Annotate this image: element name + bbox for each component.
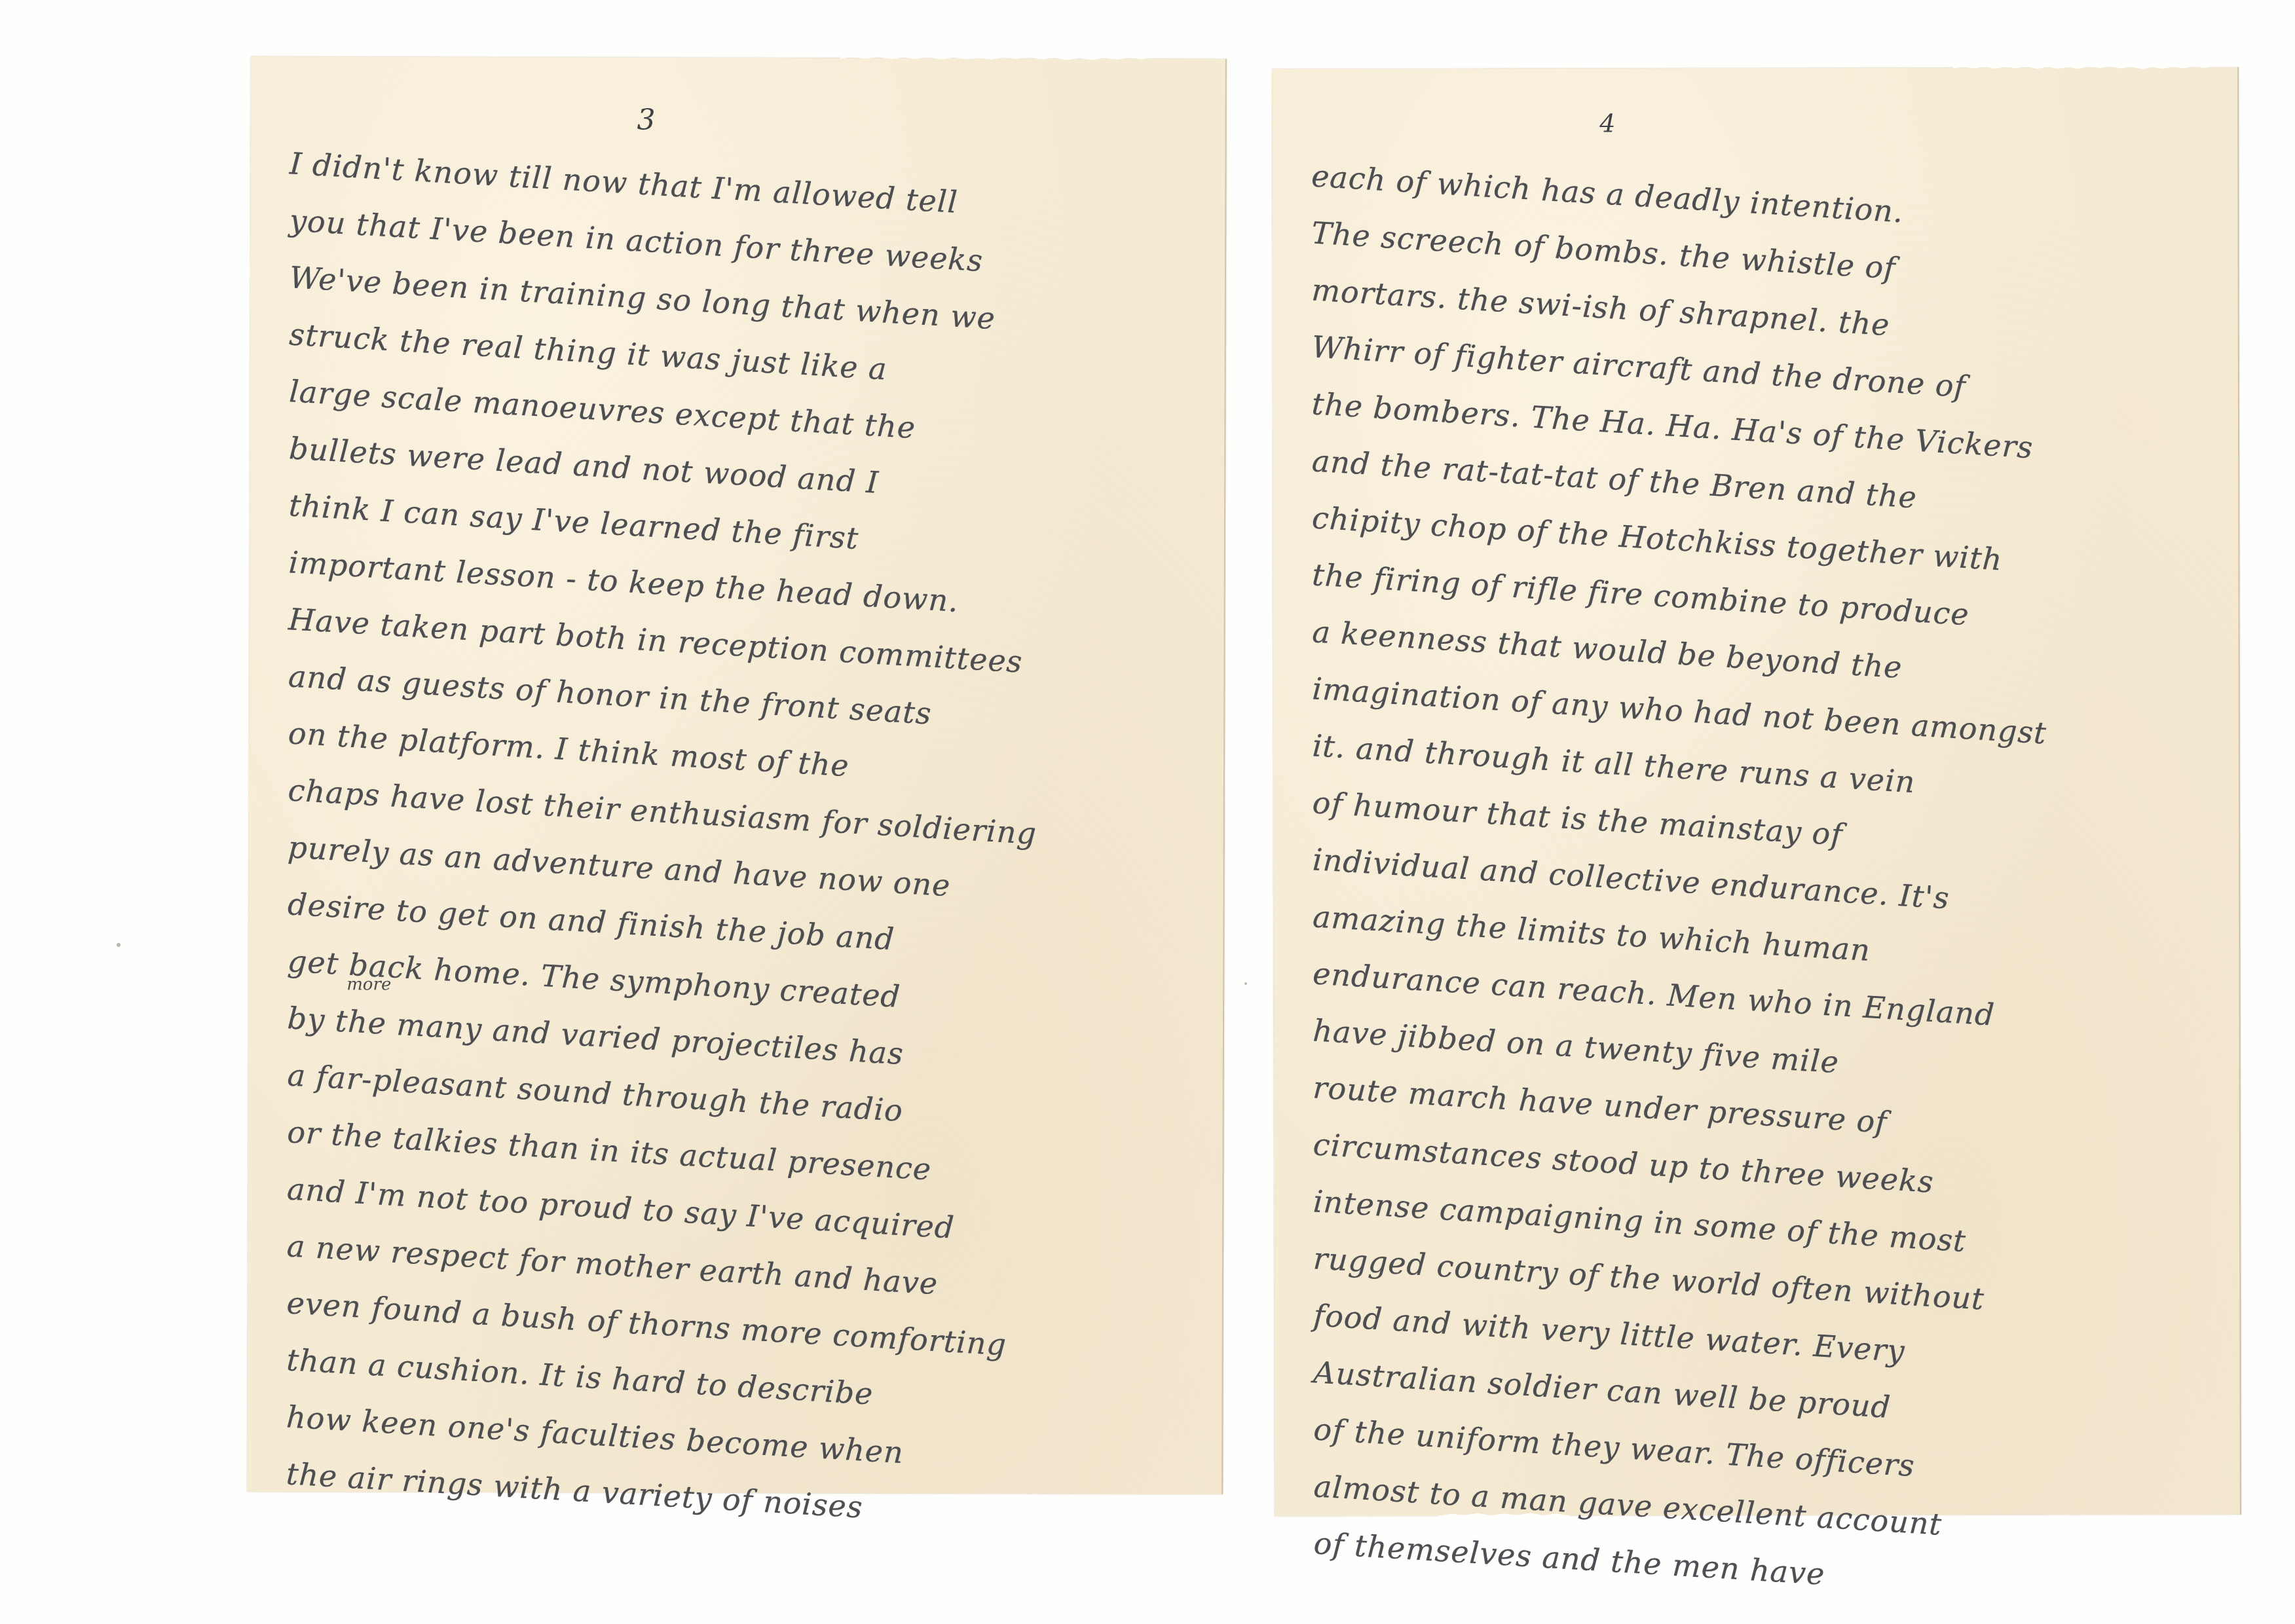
letter-page-4: 4 each of which has a deadly intention. …: [1272, 67, 2241, 1517]
dust-speck: [117, 943, 121, 947]
handwritten-lines: each of which has a deadly intention. Th…: [1272, 67, 2240, 1572]
dust-speck: [1244, 982, 1247, 985]
scanned-letter: 3 more I didn't know till now that I'm a…: [0, 0, 2295, 1624]
letter-page-3: 3 more I didn't know till now that I'm a…: [247, 56, 1227, 1494]
handwritten-lines: I didn't know till now that I'm allowed …: [247, 56, 1225, 1505]
